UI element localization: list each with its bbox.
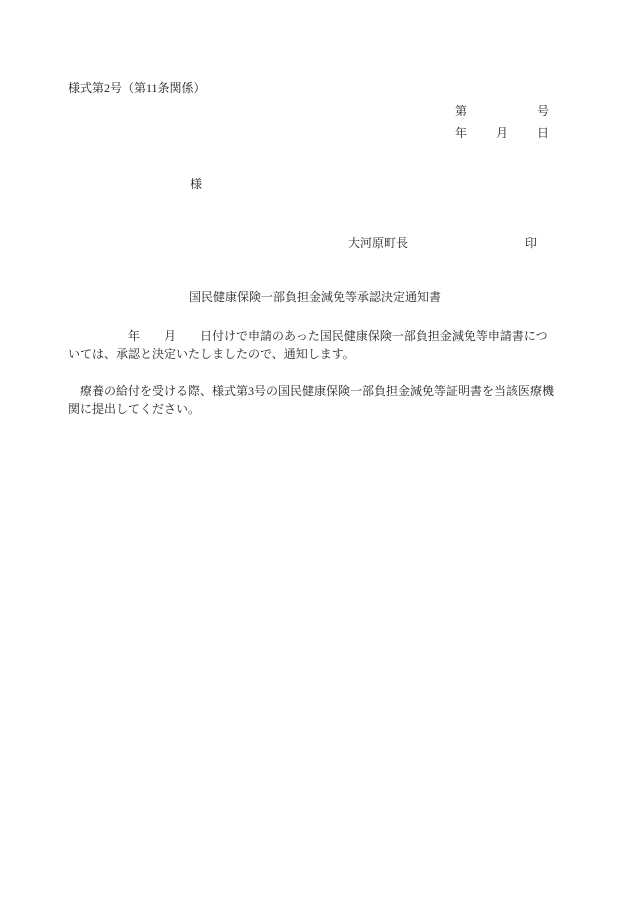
paragraph-line: いては、承認と決定いたしましたので、通知します。: [68, 348, 355, 360]
date-month-label: 月: [496, 127, 508, 139]
paragraph-line: 関に提出してください。: [68, 403, 200, 415]
sender-title: 大河原町長: [348, 237, 408, 249]
paragraph-line: 療養の給付を受ける際、様式第3号の国民健康保険一部負担金減免等証明書を当該医療機: [68, 385, 554, 397]
date-year-label: 年: [455, 127, 467, 139]
document-page: 様式第2号（第11条関係） 第 号 年 月 日 様 大河原町長 印 国民健康保険…: [0, 0, 630, 916]
seal-placeholder: 印: [525, 237, 537, 249]
doc-number-prefix: 第: [455, 105, 467, 117]
form-number-label: 様式第2号（第11条関係）: [68, 82, 206, 94]
doc-number-suffix: 号: [537, 105, 549, 117]
paragraph-line: 年 月 日付けで申請のあった国民健康保険一部負担金減免等申請書につ: [68, 330, 548, 342]
addressee-honorific: 様: [190, 178, 202, 190]
date-day-label: 日: [537, 127, 549, 139]
document-title: 国民健康保険一部負担金減免等承認決定通知書: [0, 291, 630, 303]
